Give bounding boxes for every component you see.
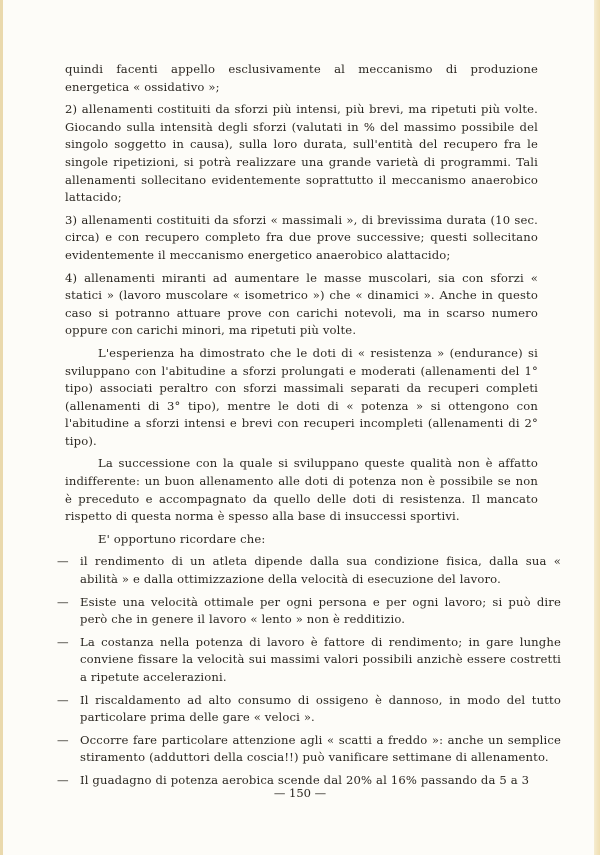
page-number: — 150 —	[0, 786, 600, 800]
dash-item-text: Il riscaldamento ad alto consumo di ossi…	[80, 693, 561, 725]
dash-list-item: — Il riscaldamento ad alto consumo di os…	[57, 692, 561, 727]
paragraph-successione: La successione con la quale si sviluppan…	[65, 455, 538, 525]
dash-marker: —	[57, 692, 69, 710]
paragraph-item-3: 3) allenamenti costituiti da sforzi « ma…	[65, 212, 538, 265]
dash-item-text: il rendimento di un atleta dipende dalla…	[80, 554, 561, 586]
page-edge-right	[594, 0, 600, 855]
dash-marker: —	[57, 553, 69, 571]
page-edge-left	[0, 0, 3, 855]
dash-marker: —	[57, 594, 69, 612]
paragraph-ricordare: E' opportuno ricordare che:	[65, 531, 538, 549]
dash-list-item: — Esiste una velocità ottimale per ogni …	[57, 594, 561, 629]
paragraph-resistenza: L'esperienza ha dimostrato che le doti d…	[65, 345, 538, 451]
dash-item-text: Esiste una velocità ottimale per ogni pe…	[80, 595, 561, 627]
paragraph-item-4: 4) allenamenti miranti ad aumentare le m…	[65, 270, 538, 340]
dash-list-item: — il rendimento di un atleta dipende dal…	[57, 553, 561, 588]
body-text: quindi facenti appello esclusivamente al…	[65, 61, 538, 795]
dash-item-text: Occorre fare particolare attenzione agli…	[80, 733, 561, 765]
dash-marker: —	[57, 732, 69, 750]
dash-item-text: Il guadagno di potenza aerobica scende d…	[80, 773, 529, 787]
dash-list-item: — La costanza nella potenza di lavoro è …	[57, 634, 561, 687]
dash-list-item: — Occorre fare particolare attenzione ag…	[57, 732, 561, 767]
paragraph-continuation: quindi facenti appello esclusivamente al…	[65, 61, 538, 96]
paragraph-item-2: 2) allenamenti costituiti da sforzi più …	[65, 101, 538, 207]
dash-item-text: La costanza nella potenza di lavoro è fa…	[80, 635, 561, 684]
dash-marker: —	[57, 634, 69, 652]
